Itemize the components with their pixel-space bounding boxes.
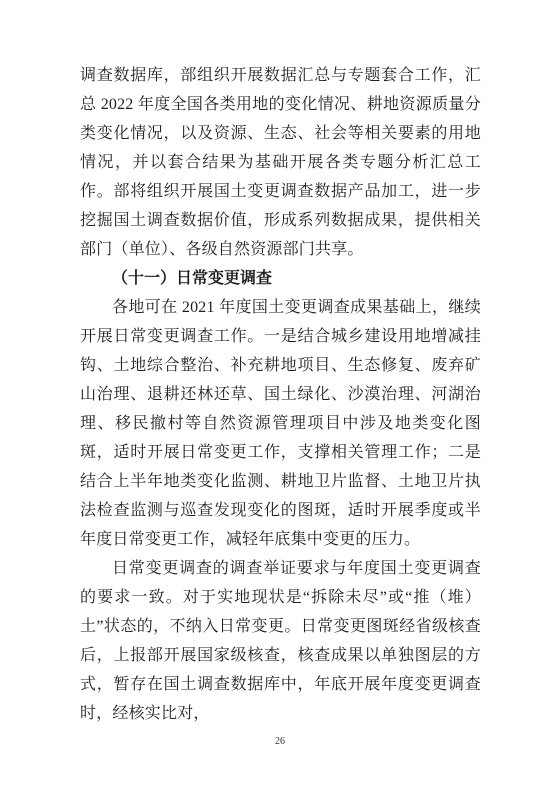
section-heading-daily-change-survey: （十一）日常变更调查: [80, 264, 481, 293]
paragraph-data-summary: 调查数据库，部组织开展数据汇总与专题套合工作，汇总 2022 年度全国各类用地的…: [80, 61, 481, 264]
page-footer: 26: [0, 731, 560, 749]
page-number: 26: [275, 736, 285, 747]
document-page: 调查数据库，部组织开展数据汇总与专题套合工作，汇总 2022 年度全国各类用地的…: [0, 0, 560, 791]
paragraph-daily-change-work: 各地可在 2021 年度国土变更调查成果基础上，继续开展日常变更调查工作。一是结…: [80, 293, 481, 554]
paragraph-daily-change-requirements: 日常变更调查的调查举证要求与年度国土变更调查的要求一致。对于实地现状是“拆除未尽…: [80, 554, 481, 728]
text-body: 调查数据库，部组织开展数据汇总与专题套合工作，汇总 2022 年度全国各类用地的…: [80, 61, 481, 728]
